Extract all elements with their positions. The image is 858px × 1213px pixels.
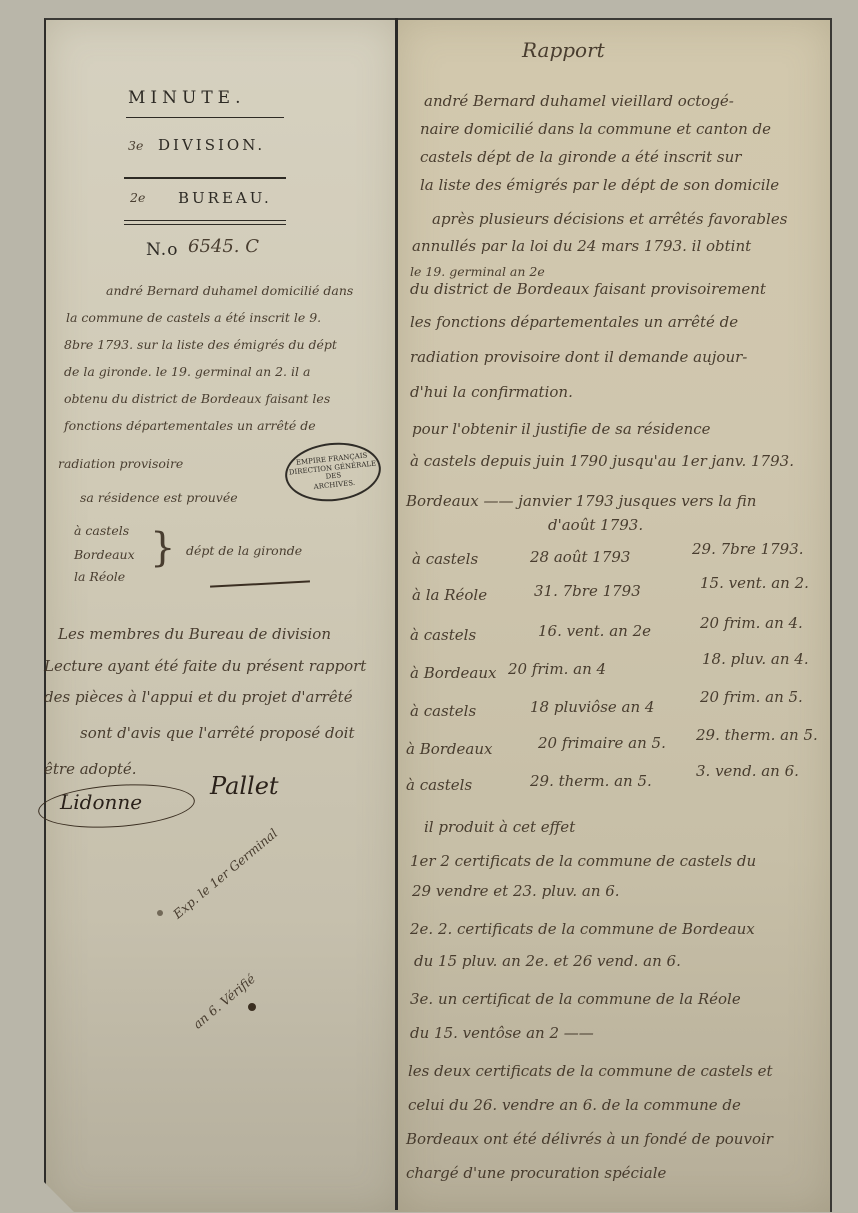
header-rule-1	[124, 177, 286, 179]
summary-line: radiation provisoire	[58, 456, 183, 471]
closing-line: chargé d'une procuration spéciale	[406, 1164, 666, 1182]
report-line: Bordeaux —— janvier 1793 jusques vers la…	[406, 492, 756, 510]
evidence-line: 1er 2 certificats de la commune de caste…	[410, 852, 756, 870]
row-from: 29. therm. an 5.	[530, 772, 652, 790]
opinion-line: sont d'avis que l'arrêté proposé doit	[80, 724, 355, 742]
summary-line: obtenu du district de Bordeaux faisant l…	[64, 391, 330, 406]
report-line: à castels depuis juin 1790 jusqu'au 1er …	[410, 452, 794, 470]
report-line: la liste des émigrés par le dépt de son …	[420, 176, 779, 194]
row-place: à castels	[410, 626, 476, 644]
row-to: 20 frim. an 4.	[700, 614, 803, 632]
row-to: 20 frim. an 5.	[700, 688, 803, 706]
paper-hole	[157, 910, 163, 916]
row-from: 18 pluviôse an 4	[530, 698, 654, 716]
row-to: 29. therm. an 5.	[696, 726, 818, 744]
row-to: 18. pluv. an 4.	[702, 650, 809, 668]
division-number: 3e	[128, 138, 143, 153]
bureau-number: 2e	[130, 190, 145, 205]
evidence-intro: il produit à cet effet	[424, 818, 575, 836]
report-line: radiation provisoire dont il demande auj…	[410, 348, 747, 366]
report-line: les fonctions départementales un arrêté …	[410, 313, 738, 331]
residence-place: Bordeaux	[74, 547, 135, 562]
summary-line: fonctions départementales un arrêté de	[64, 418, 316, 433]
report-line: andré Bernard duhamel vieillard octogé-	[424, 92, 734, 110]
row-place: à castels	[412, 550, 478, 568]
row-from: 28 août 1793	[530, 548, 630, 566]
row-to: 15. vent. an 2.	[700, 574, 809, 592]
residence-line: sa résidence est prouvée	[80, 490, 238, 505]
row-place: à Bordeaux	[410, 664, 496, 682]
paper-hole	[248, 1003, 256, 1011]
evidence-line: du 15 pluv. an 2e. et 26 vend. an 6.	[414, 952, 681, 970]
row-from: 20 frim. an 4	[508, 660, 606, 678]
header-bureau: BUREAU.	[178, 189, 272, 207]
evidence-line: 29 vendre et 23. pluv. an 6.	[412, 882, 620, 900]
closing-line: celui du 26. vendre an 6. de la commune …	[408, 1096, 741, 1114]
row-from: 31. 7bre 1793	[534, 582, 641, 600]
row-from: 16. vent. an 2e	[538, 622, 651, 640]
report-line: du district de Bordeaux faisant provisoi…	[410, 280, 766, 298]
summary-line: andré Bernard duhamel domicilié dans	[106, 283, 353, 298]
header-rule-2	[124, 220, 286, 221]
closing-line: Bordeaux ont été délivrés à un fondé de …	[406, 1130, 773, 1148]
residence-place: à castels	[74, 523, 129, 538]
opinion-line: Lecture ayant été faite du présent rappo…	[44, 657, 366, 675]
header-division: DIVISION.	[158, 136, 265, 154]
minute-number: 6545. C	[188, 236, 259, 257]
number-prefix: N.o	[146, 240, 178, 260]
opinion-line: être adopté.	[44, 760, 137, 778]
row-from: 20 frimaire an 5.	[538, 734, 666, 752]
report-line: pour l'obtenir il justifie de sa résiden…	[412, 420, 711, 438]
opinion-line: Les membres du Bureau de division	[58, 625, 331, 643]
summary-line: de la gironde. le 19. germinal an 2. il …	[64, 364, 310, 379]
row-place: à Bordeaux	[406, 740, 492, 758]
report-line: naire domicilié dans la commune et canto…	[420, 120, 771, 138]
report-line: après plusieurs décisions et arrêtés fav…	[432, 210, 787, 228]
signature-lidonne: Lidonne	[60, 790, 142, 814]
brace-glyph: }	[150, 528, 175, 568]
evidence-line: 2e. 2. certificats de la commune de Bord…	[410, 920, 755, 938]
row-to: 3. vend. an 6.	[696, 762, 799, 780]
row-to: 29. 7bre 1793.	[692, 540, 804, 558]
header-minute: MINUTE.	[128, 88, 245, 108]
signature-pallet: Pallet	[210, 772, 279, 800]
residence-department: dépt de la gironde	[186, 543, 302, 558]
summary-line: 8bre 1793. sur la liste des émigrés du d…	[64, 337, 337, 352]
evidence-line: du 15. ventôse an 2 ——	[410, 1024, 594, 1042]
closing-line: les deux certificats de la commune de ca…	[408, 1062, 773, 1080]
row-place: à castels	[406, 776, 472, 794]
header-brace-rule	[126, 117, 284, 118]
evidence-line: 3e. un certificat de la commune de la Ré…	[410, 990, 741, 1008]
report-line: castels dépt de la gironde a été inscrit…	[420, 148, 741, 166]
row-place: à la Réole	[412, 586, 487, 604]
header-rule-3	[124, 224, 286, 225]
row-place: à castels	[410, 702, 476, 720]
report-line: le 19. germinal an 2e	[410, 264, 545, 279]
report-line: d'août 1793.	[548, 516, 643, 534]
residence-place: la Réole	[74, 569, 125, 584]
report-line: annullés par la loi du 24 mars 1793. il …	[412, 237, 751, 255]
report-line: d'hui la confirmation.	[410, 383, 573, 401]
summary-line: la commune de castels a été inscrit le 9…	[66, 310, 321, 325]
report-title: Rapport	[522, 38, 605, 62]
opinion-line: des pièces à l'appui et du projet d'arrê…	[44, 688, 353, 706]
